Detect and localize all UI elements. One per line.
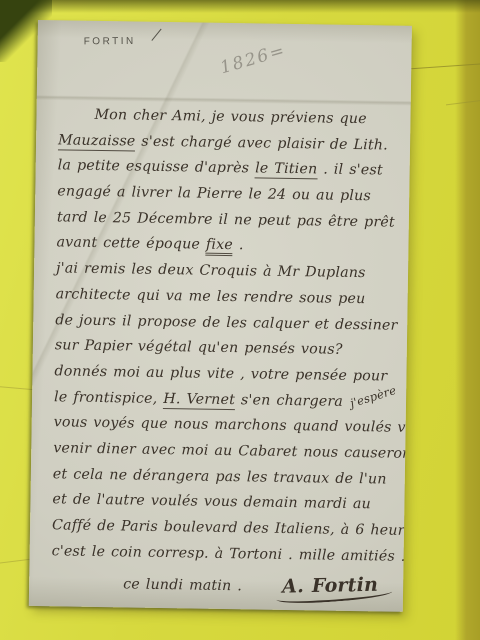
closing-line: ce lundi matin . A. Fortin: [51, 571, 398, 598]
letter-body: Mon cher Ami, je vous préviens queMauzai…: [51, 106, 406, 598]
text-segment: s'en chargera: [235, 392, 349, 410]
letter-lines: Mon cher Ami, je vous préviens queMauzai…: [51, 106, 405, 574]
background-edge-shadow: [455, 0, 480, 640]
underlined-phrase: fixe: [206, 237, 233, 256]
underlined-phrase: H. Vernet: [163, 391, 235, 410]
signature: A. Fortin: [282, 574, 378, 598]
text-segment: s'est chargé avec plaisir de Lith.: [135, 133, 388, 153]
text-segment: sur Papier végétal qu'en pensés vous?: [55, 337, 343, 358]
pencil-date-note: 1826=: [218, 40, 288, 78]
text-segment: .: [233, 238, 244, 254]
underlined-phrase: Mauzaisse: [58, 132, 136, 151]
pencil-slash-mark: [151, 29, 163, 43]
letter-sheet: FORTIN 1826= Mon cher Ami, je vous prévi…: [29, 20, 412, 612]
photo-of-letter: FORTIN 1826= Mon cher Ami, je vous prévi…: [0, 0, 480, 640]
text-segment: le frontispice,: [54, 389, 164, 407]
letter-line: c'est le coin corresp. à Tortoni . mille…: [51, 543, 398, 574]
text-segment: . il s'est: [317, 162, 383, 179]
text-segment: la petite esquisse d'après: [58, 158, 256, 177]
top-edge-shadow: [0, 0, 480, 13]
text-segment: avant cette époque: [56, 235, 206, 253]
closing-date-text: ce lundi matin .: [123, 577, 242, 595]
text-segment: Mon cher Ami, je vous préviens que: [94, 107, 367, 127]
underlined-phrase: le Titien: [255, 161, 317, 180]
pencil-collector-note: FORTIN: [84, 36, 136, 48]
